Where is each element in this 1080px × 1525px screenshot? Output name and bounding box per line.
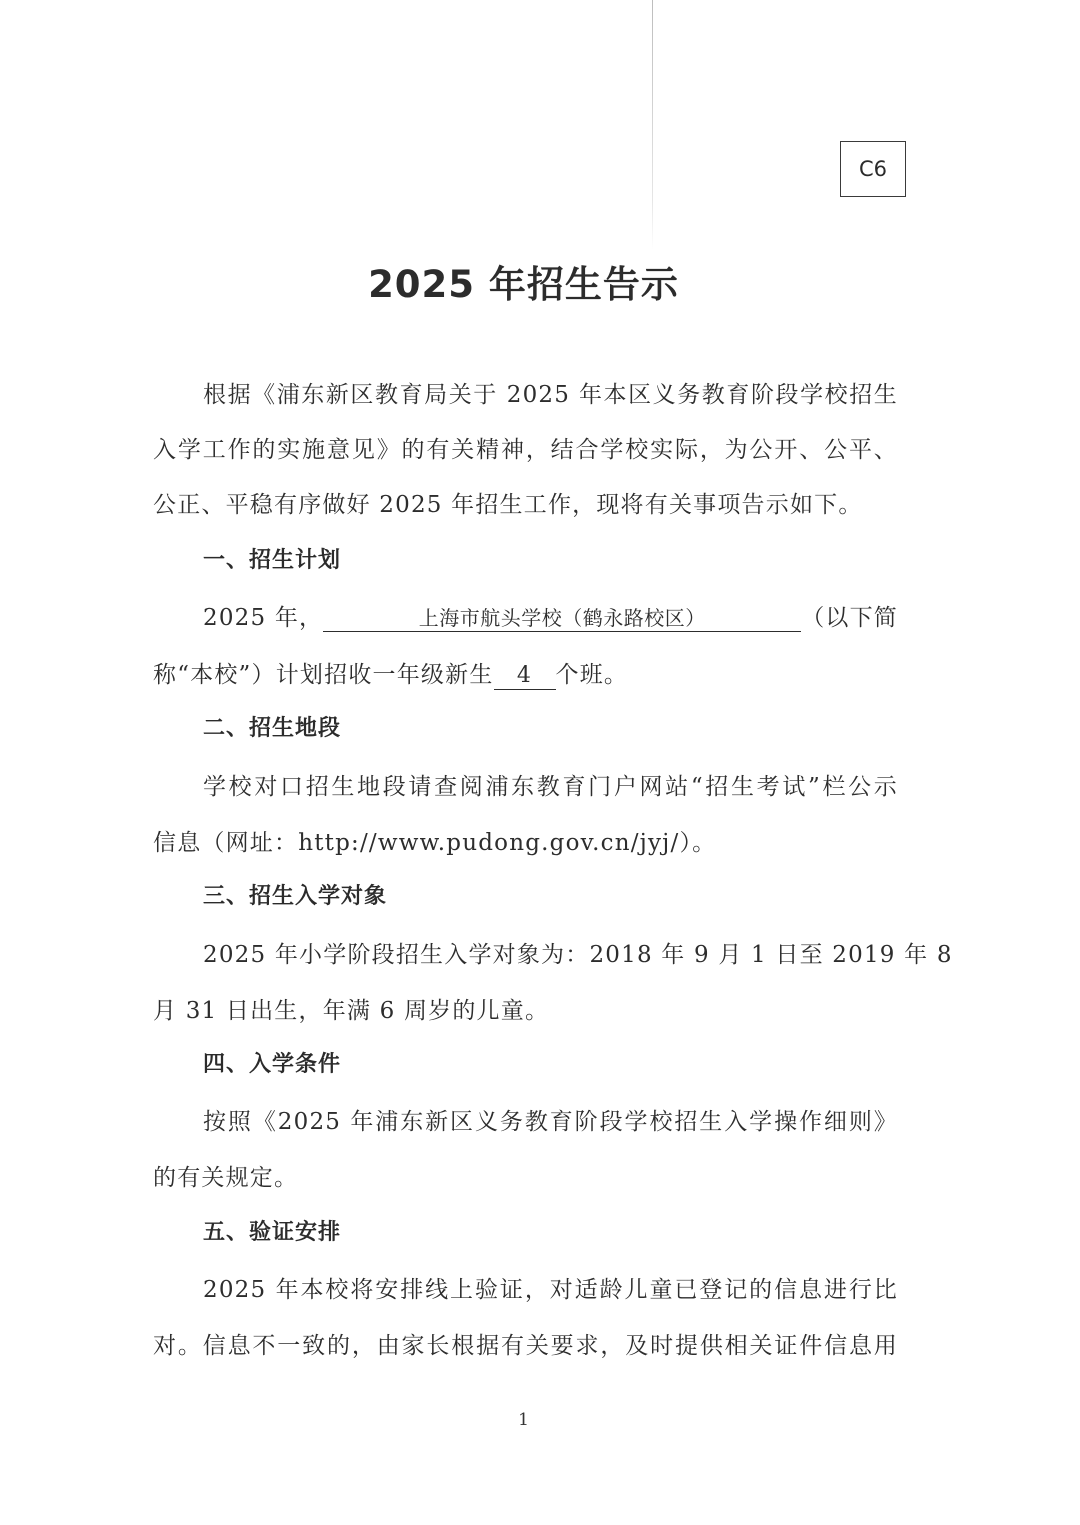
page-title: 2025 年招生告示 (0, 254, 1047, 308)
admission-conditions-line-1: 按照《2025 年浦东新区义务教育阶段学校招生入学操作细则》 (153, 1107, 898, 1137)
intro-line-3: 公正、平稳有序做好 2025 年招生工作，现将有关事项告示如下。 (153, 490, 898, 520)
admission-conditions-line-2: 的有关规定。 (153, 1163, 898, 1193)
enrollment-plan-line-2: 称“本校”）计划招收一年级新生4个班。 (153, 660, 898, 690)
enrollment-plan-line-1: 2025 年， 上海市航头学校（鹤永路校区） （以下简 (153, 603, 898, 633)
page-number: 1 (0, 1410, 1047, 1430)
enrollment-plan-suffix: （以下简 (801, 603, 898, 633)
enrollment-plan-prefix: 2025 年， (203, 603, 323, 633)
intro-line-1: 根据《浦东新区教育局关于 2025 年本区义务教育阶段学校招生 (153, 380, 898, 410)
scan-fold-line (652, 0, 653, 250)
verification-line-1: 2025 年本校将安排线上验证，对适龄儿童已登记的信息进行比 (153, 1275, 898, 1305)
enrollment-target-line-1: 2025 年小学阶段招生入学对象为：2018 年 9 月 1 日至 2019 年… (153, 940, 898, 970)
section-heading-enrollment-target: 三、招生入学对象 (203, 882, 387, 912)
document-code-box: C6 (840, 141, 906, 197)
section-heading-enrollment-area: 二、招生地段 (203, 714, 341, 744)
enrollment-target-line-2: 月 31 日出生，年满 6 周岁的儿童。 (153, 996, 898, 1026)
verification-line-2: 对。信息不一致的，由家长根据有关要求，及时提供相关证件信息用 (153, 1331, 898, 1361)
enrollment-area-line-2: 信息（网址：http://www.pudong.gov.cn/jyj/）。 (153, 828, 898, 858)
enrollment-area-line-1: 学校对口招生地段请查阅浦东教育门户网站“招生考试”栏公示 (153, 772, 898, 802)
section-heading-admission-conditions: 四、入学条件 (203, 1050, 341, 1080)
enrollment-plan-line2-suffix: 个班。 (556, 662, 629, 688)
document-code-label: C6 (859, 157, 887, 181)
section-heading-enrollment-plan: 一、招生计划 (203, 546, 341, 576)
school-name-field: 上海市航头学校（鹤永路校区） (323, 605, 801, 632)
section-heading-verification: 五、验证安排 (203, 1218, 341, 1248)
intro-line-2: 入学工作的实施意见》的有关精神，结合学校实际，为公开、公平、 (153, 435, 898, 465)
class-count-field: 4 (494, 663, 556, 690)
enrollment-plan-line2-prefix: 称“本校”）计划招收一年级新生 (153, 662, 494, 688)
